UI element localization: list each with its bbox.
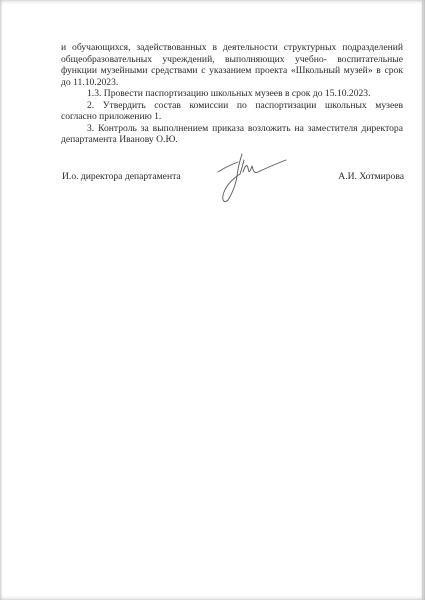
text-line: согласно приложению 1.	[61, 111, 403, 123]
text-line: функции музейными средствами с указанием…	[61, 65, 403, 77]
text-line: общеобразовательных учреждений, выполняю…	[61, 54, 403, 66]
paragraph-item-1-3: 1.3. Провести паспортизацию школьных муз…	[61, 88, 403, 100]
signer-position: И.о. директора департамента	[62, 171, 181, 183]
paragraph-item-3: 3. Контроль за выполнением приказа возло…	[61, 123, 403, 146]
text-line: 2. Утвердить состав комиссии по паспорти…	[61, 100, 403, 112]
scan-edge	[422, 0, 423, 600]
handwritten-signature-icon	[216, 150, 288, 206]
signer-name: А.И. Хотмирова	[338, 171, 404, 183]
document-body: и обучающихся, задействованных в деятель…	[61, 42, 403, 146]
text-line: до 11.10.2023.	[61, 77, 403, 89]
paragraph-item-2: 2. Утвердить состав комиссии по паспорти…	[61, 100, 403, 123]
paragraph-participants: и обучающихся, задействованных в деятель…	[61, 42, 403, 88]
text-line: 1.3. Провести паспортизацию школьных муз…	[61, 88, 403, 100]
document-page: и обучающихся, задействованных в деятель…	[0, 0, 425, 600]
text-line: 3. Контроль за выполнением приказа возло…	[61, 123, 403, 135]
text-line: и обучающихся, задействованных в деятель…	[61, 42, 403, 54]
text-line: департамента Иванову О.Ю.	[61, 134, 403, 146]
